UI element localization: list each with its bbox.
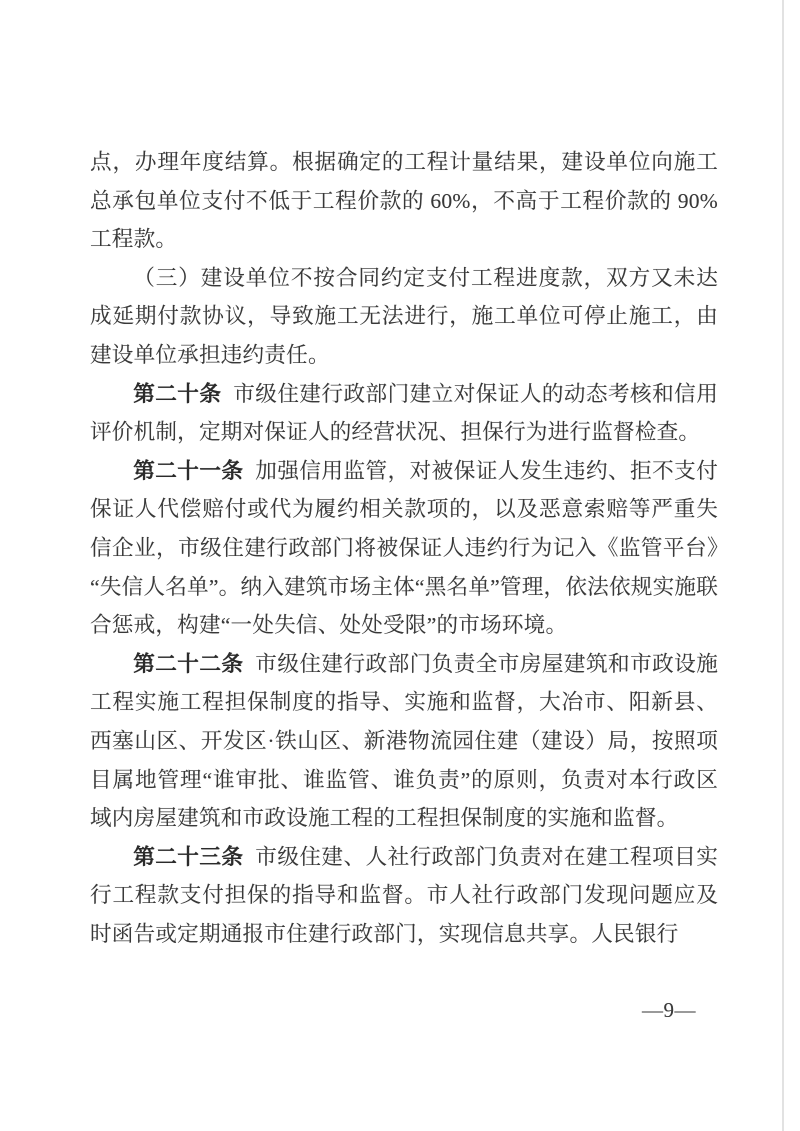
article-number-term: 第二十一条 [133,459,243,483]
paragraph-article-20: 第二十条市级住建行政部门建立对保证人的动态考核和信用评价机制，定期对保证人的经营… [90,375,718,452]
article-number-term: 第二十三条 [133,845,243,869]
paragraph-article-21: 第二十一条加强信用监管，对被保证人发生违约、拒不支付保证人代偿赔付或代为履约相关… [90,452,718,645]
document-body: 点，办理年度结算。根据确定的工程计量结果，建设单位向施工总承包单位支付不低于工程… [90,143,718,953]
paragraph-clause-three: （三）建设单位不按合同约定支付工程进度款，双方又未达成延期付款协议，导致施工无法… [90,259,718,375]
paragraph-text: （三）建设单位不按合同约定支付工程进度款，双方又未达成延期付款协议，导致施工无法… [90,266,718,367]
paragraph-continuation: 点，办理年度结算。根据确定的工程计量结果，建设单位向施工总承包单位支付不低于工程… [90,143,718,259]
paragraph-text: 加强信用监管，对被保证人发生违约、拒不支付保证人代偿赔付或代为履约相关款项的，以… [90,459,718,637]
scanned-document-page: 点，办理年度结算。根据确定的工程计量结果，建设单位向施工总承包单位支付不低于工程… [0,0,800,1131]
paragraph-text: 点，办理年度结算。根据确定的工程计量结果，建设单位向施工总承包单位支付不低于工程… [90,150,718,251]
article-number-term: 第二十条 [133,382,221,406]
paragraph-article-22: 第二十二条市级住建行政部门负责全市房屋建筑和市政设施工程实施工程担保制度的指导、… [90,645,718,838]
scan-edge-line [782,0,784,1131]
paragraph-article-23: 第二十三条市级住建、人社行政部门负责对在建工程项目实行工程款支付担保的指导和监督… [90,838,718,954]
article-number-term: 第二十二条 [133,652,243,676]
page-number: —9— [642,998,696,1022]
paragraph-text: 市级住建行政部门负责全市房屋建筑和市政设施工程实施工程担保制度的指导、实施和监督… [90,652,718,830]
